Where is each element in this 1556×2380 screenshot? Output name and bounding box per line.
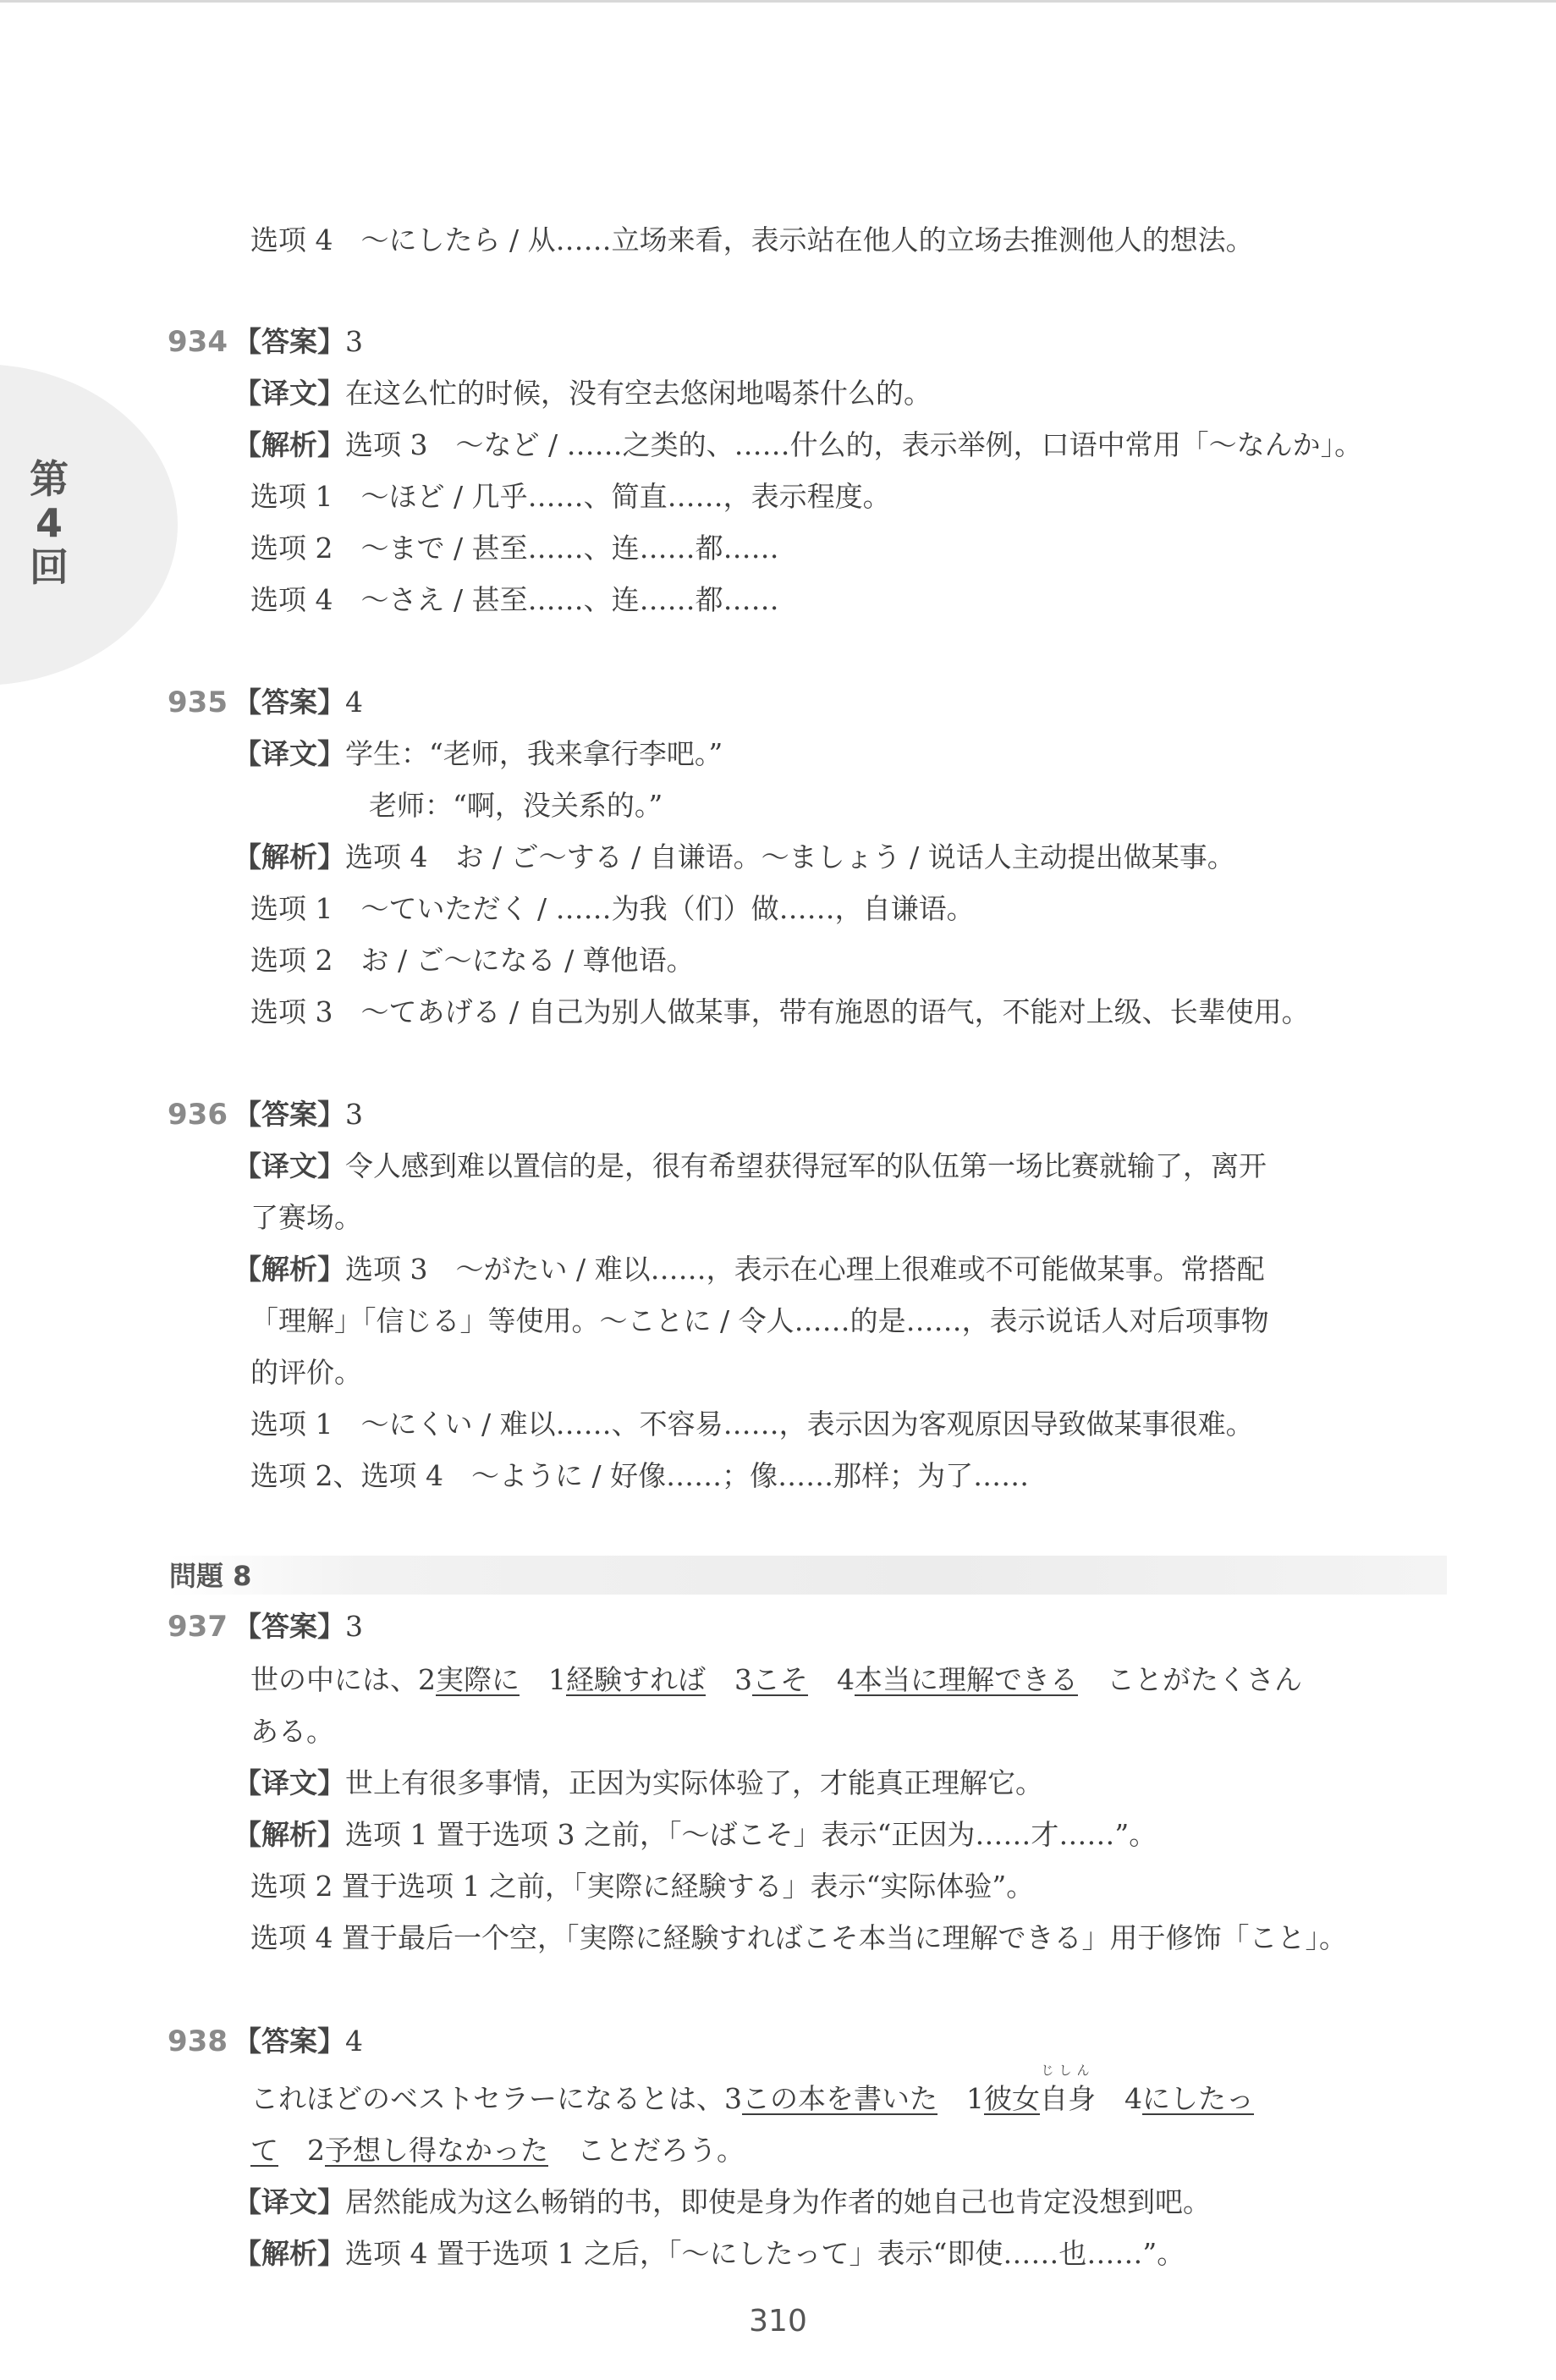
section-title: 問題 8: [169, 1557, 251, 1595]
chapter-label: 第 4 回: [24, 457, 74, 589]
blank-text: この本を書いた: [742, 2082, 937, 2115]
analysis-line: 【解析】选项 4 置于选项 1 之后，「～にしたって」表示“即使……也……”。: [234, 2235, 1185, 2273]
option-line: 选项 2 お / ご～になる / 尊他语。: [250, 942, 695, 979]
ruby-base: 自身: [1040, 2082, 1096, 2115]
blank-number: 1: [548, 1663, 566, 1696]
answer-line: 【答案】3: [234, 323, 363, 361]
option-line: 选项 2 置于选项 1 之前，「実際に経験する」表示“实际体验”。: [250, 1868, 1034, 1905]
question-sentence-line-2: ある。: [250, 1713, 334, 1750]
answer-line: 【答案】4: [234, 2023, 363, 2060]
answer-tag: 【答案】: [234, 1610, 345, 1643]
answer-tag: 【答案】: [234, 1098, 345, 1131]
analysis-tag: 【解析】: [234, 2237, 345, 2270]
translation-text: 令人感到难以置信的是，很有希望获得冠军的队伍第一场比赛就输了，离开: [345, 1149, 1267, 1182]
option-line: 选项 1 ～ほど / 几乎……、简直……，表示程度。: [250, 478, 891, 515]
translation-text: 居然能成为这么畅销的书，即使是身为作者的她自己也肯定没想到吧。: [345, 2185, 1211, 2218]
translation-line: 【译文】居然能成为这么畅销的书，即使是身为作者的她自己也肯定没想到吧。: [234, 2184, 1211, 2221]
analysis-line-3: 的评价。: [250, 1354, 362, 1391]
blank-text: 実際に: [436, 1663, 520, 1696]
analysis-text: 选项 3 ～がたい / 难以……，表示在心理上很难或不可能做某事。常搭配: [345, 1253, 1265, 1286]
blank-number: 3: [724, 2082, 742, 2115]
blank-text: て: [250, 2134, 278, 2167]
chapter-char: 回: [24, 545, 74, 589]
question-number: 938: [168, 2023, 228, 2060]
option-line: 选项 2 ～まで / 甚至……、连……都……: [250, 530, 779, 567]
sentence-prefix: 世の中には、: [250, 1663, 418, 1696]
answer-value: 3: [345, 325, 363, 358]
translation-tag: 【译文】: [234, 1149, 345, 1182]
analysis-line: 【解析】选项 4 お / ご～する / 自谦语。～ましょう / 说话人主动提出做…: [234, 839, 1235, 876]
translation-tag: 【译文】: [234, 377, 345, 410]
answer-line: 【答案】3: [234, 1608, 363, 1645]
analysis-tag: 【解析】: [234, 1253, 345, 1286]
translation-text: 在这么忙的时候，没有空去悠闲地喝茶什么的。: [345, 377, 932, 410]
question-sentence: これほどのベストセラーになるとは、3この本を書いた1彼女じしん自身4にしたっ: [250, 2080, 1254, 2118]
blank-number: 2: [307, 2134, 325, 2167]
chapter-char: 第: [24, 457, 74, 501]
sentence-prefix: これほどのベストセラーになるとは、: [250, 2082, 724, 2115]
page-number: 310: [0, 2304, 1556, 2339]
blank-text-part: 彼女: [984, 2082, 1040, 2115]
intro-option-line: 选项 4 ～にしたら / 从……立场来看，表示站在他人的立场去推测他人的想法。: [250, 222, 1254, 259]
analysis-text: 选项 4 お / ご～する / 自谦语。～ましょう / 说话人主动提出做某事。: [345, 840, 1235, 873]
analysis-line: 【解析】选项 1 置于选项 3 之前，「～ばこそ」表示“正因为……才……”。: [234, 1816, 1157, 1854]
answer-value: 4: [345, 686, 363, 719]
blank-number: 2: [418, 1663, 436, 1696]
analysis-line: 【解析】选项 3 ～など / ……之类的、……什么的，表示举例，口语中常用「～な…: [234, 427, 1362, 464]
blank-text: こそ: [752, 1663, 808, 1696]
blank-number: 4: [837, 1663, 855, 1696]
translation-tag: 【译文】: [234, 2185, 345, 2218]
question-sentence-line-2: て2予想し得なかったことだろう。: [250, 2132, 745, 2169]
ruby-word: じしん自身: [1040, 2080, 1096, 2118]
blank-number: 3: [734, 1663, 752, 1696]
question-number: 935: [168, 684, 228, 721]
answer-tag: 【答案】: [234, 686, 345, 719]
translation-text: 世上有很多事情，正因为实际体验了，才能真正理解它。: [345, 1766, 1043, 1799]
blank-text: にしたっ: [1142, 2082, 1254, 2115]
option-line: 选项 2、选项 4 ～ように / 好像……；像……那样；为了……: [250, 1457, 1029, 1495]
analysis-tag: 【解析】: [234, 428, 345, 461]
sentence-suffix: ことだろう。: [577, 2134, 745, 2167]
option-line: 选项 4 ～さえ / 甚至……、连……都……: [250, 581, 779, 619]
translation-line: 【译文】学生：“老师，我来拿行李吧。”: [234, 735, 723, 773]
top-rule: [0, 0, 1556, 3]
translation-line-2: 了赛场。: [250, 1199, 362, 1237]
question-sentence: 世の中には、2実際に1経験すれば3こそ4本当に理解できることがたくさん: [250, 1661, 1302, 1699]
translation-text: 学生：“老师，我来拿行李吧。”: [345, 737, 723, 770]
analysis-tag: 【解析】: [234, 1818, 345, 1851]
translation-tag: 【译文】: [234, 737, 345, 770]
chapter-char: 4: [24, 501, 74, 545]
option-line: 选项 3 ～てあげる / 自己为别人做某事，带有施恩的语气，不能对上级、长辈使用…: [250, 994, 1310, 1031]
answer-value: 3: [345, 1610, 363, 1643]
sentence-suffix: ことがたくさん: [1107, 1663, 1302, 1696]
blank-text: 経験すれば: [566, 1663, 706, 1696]
analysis-text: 选项 3 ～など / ……之类的、……什么的，表示举例，口语中常用「～なんか」。: [345, 428, 1362, 461]
answer-tag: 【答案】: [234, 2025, 345, 2058]
question-number: 937: [168, 1608, 228, 1645]
question-number: 936: [168, 1096, 228, 1133]
analysis-line: 【解析】选项 3 ～がたい / 难以……，表示在心理上很难或不可能做某事。常搭配: [234, 1251, 1265, 1288]
analysis-line-2: 「理解」「信じる」等使用。～ことに / 令人……的是……，表示说话人对后项事物: [250, 1303, 1269, 1340]
blank-number: 4: [1124, 2082, 1142, 2115]
option-line: 选项 4 置于最后一个空，「実際に経験すればこそ本当に理解できる」用于修饰「こと…: [250, 1920, 1347, 1957]
analysis-text: 选项 4 置于选项 1 之后，「～にしたって」表示“即使……也……”。: [345, 2237, 1185, 2270]
blank-text: 予想し得なかった: [325, 2134, 548, 2167]
translation-line: 【译文】世上有很多事情，正因为实际体验了，才能真正理解它。: [234, 1765, 1043, 1802]
question-number: 934: [168, 323, 228, 361]
answer-line: 【答案】4: [234, 684, 363, 721]
blank-number: 1: [966, 2082, 984, 2115]
translation-line: 【译文】在这么忙的时候，没有空去悠闲地喝茶什么的。: [234, 375, 932, 412]
furigana: じしん: [1040, 2063, 1096, 2077]
translation-line-2: 老师：“啊，没关系的。”: [369, 787, 663, 824]
translation-line: 【译文】令人感到难以置信的是，很有希望获得冠军的队伍第一场比赛就输了，离开: [234, 1148, 1267, 1185]
section-header-band: [169, 1556, 1447, 1595]
blank-text: 本当に理解できる: [855, 1663, 1078, 1696]
option-line: 选项 1 ～にくい / 难以……、不容易……，表示因为客观原因导致做某事很难。: [250, 1406, 1254, 1443]
answer-tag: 【答案】: [234, 325, 345, 358]
answer-value: 3: [345, 1098, 363, 1131]
analysis-tag: 【解析】: [234, 840, 345, 873]
option-line: 选项 1 ～ていただく / ……为我（们）做……，自谦语。: [250, 890, 975, 928]
translation-tag: 【译文】: [234, 1766, 345, 1799]
answer-line: 【答案】3: [234, 1096, 363, 1133]
blank-text: 彼女じしん自身: [984, 2082, 1096, 2115]
analysis-text: 选项 1 置于选项 3 之前，「～ばこそ」表示“正因为……才……”。: [345, 1818, 1157, 1851]
answer-value: 4: [345, 2025, 363, 2058]
